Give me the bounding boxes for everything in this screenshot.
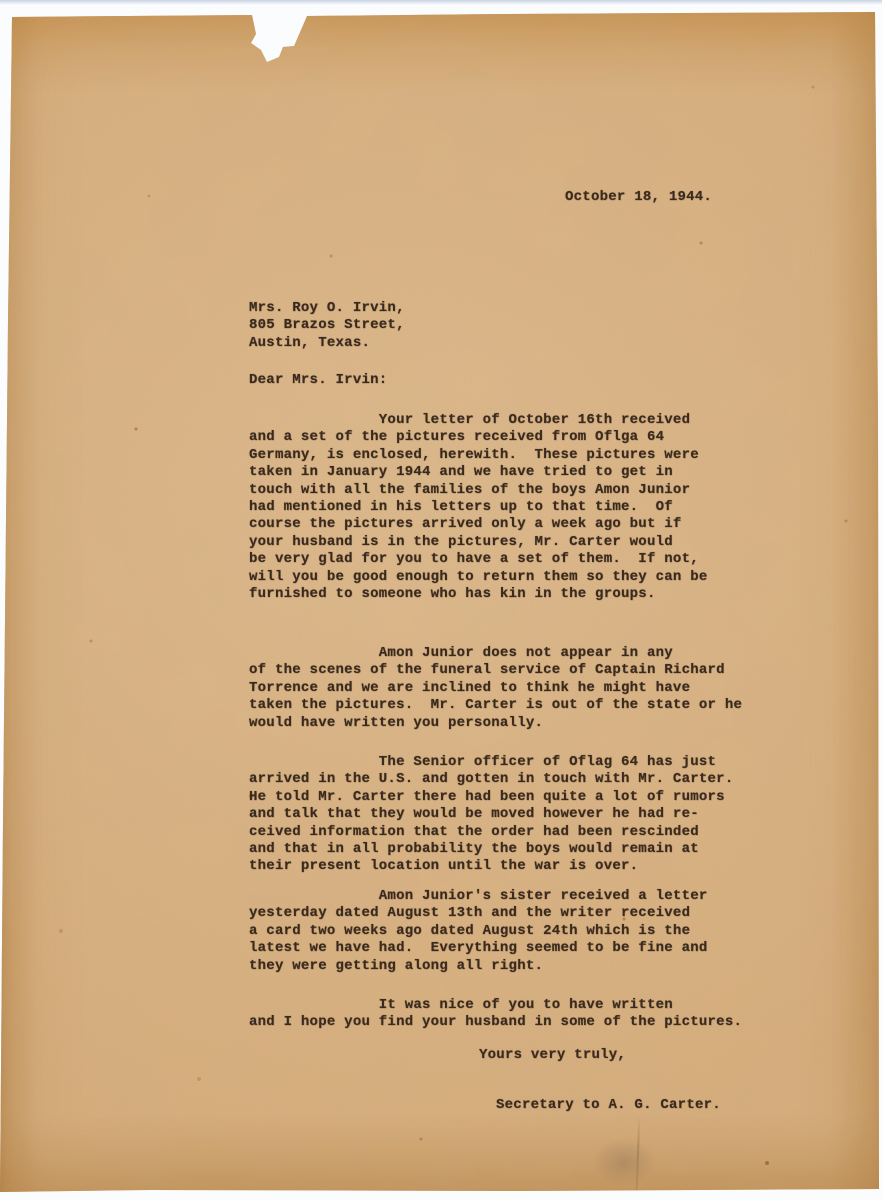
letter-paragraph: The Senior officer of Oflag 64 has just … xyxy=(249,754,733,876)
letter-page: October 18, 1944. Mrs. Roy O. Irvin, 805… xyxy=(0,0,882,1200)
letter-date: October 18, 1944. xyxy=(565,189,712,206)
scanner-top-edge xyxy=(0,0,882,5)
paper-smudge xyxy=(592,1138,656,1186)
letter-paragraph: Your letter of October 16th received and… xyxy=(249,412,708,603)
letter-paragraph: Amon Junior's sister received a letter y… xyxy=(249,888,708,975)
signature-line: Secretary to A. G. Carter. xyxy=(496,1097,721,1114)
salutation: Dear Mrs. Irvin: xyxy=(249,372,387,389)
scanner-background: { "document_kind": "scanned typewritten … xyxy=(0,0,882,1200)
letter-paragraph: Amon Junior does not appear in any of th… xyxy=(249,645,742,732)
recipient-address: Mrs. Roy O. Irvin, 805 Brazos Street, Au… xyxy=(249,300,405,352)
closing-line: Yours very truly, xyxy=(479,1047,626,1064)
letter-paragraph: It was nice of you to have written and I… xyxy=(249,997,742,1032)
